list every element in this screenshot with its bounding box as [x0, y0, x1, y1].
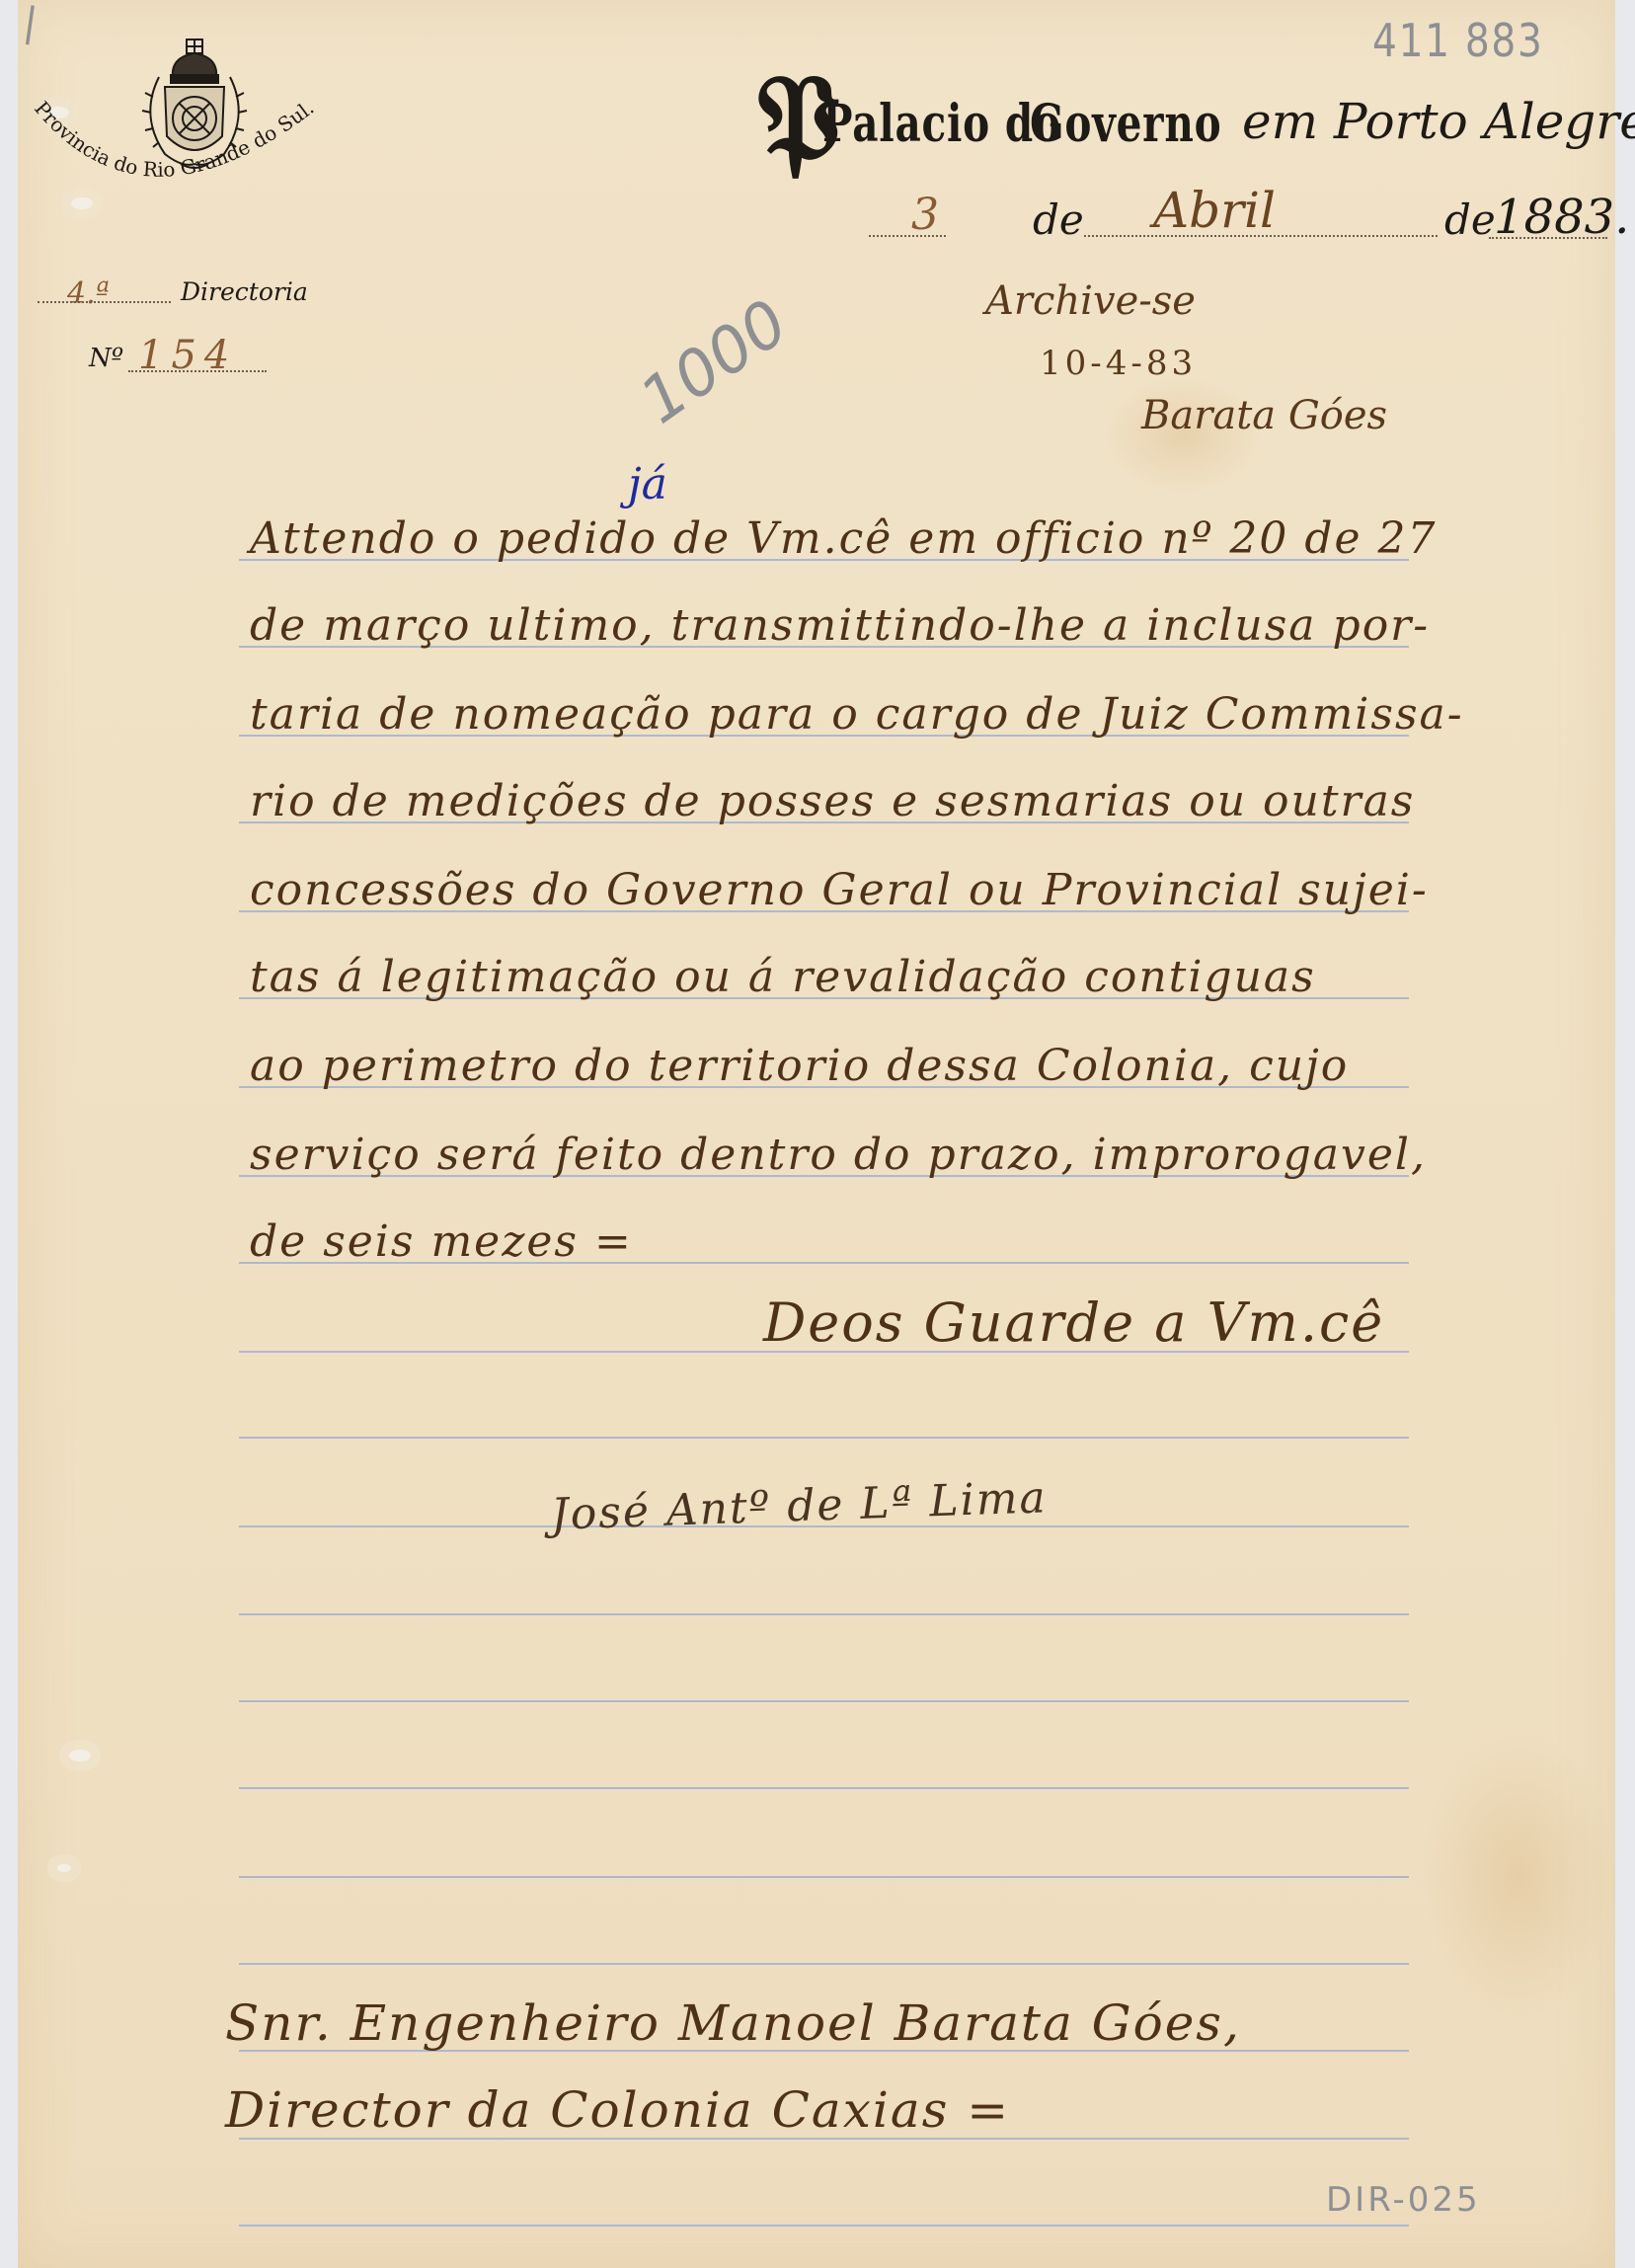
archive-signature: Barata Góes: [1141, 393, 1387, 438]
date-month: Abril: [1153, 182, 1276, 239]
heading-palacio: Palacio do: [822, 94, 1061, 154]
body-line-9: de seis mezes =: [250, 1216, 633, 1267]
body-line-4: rio de medições de posses e sesmarias ou…: [250, 776, 1415, 826]
ruled-line: [239, 1876, 1409, 1878]
archive-date: 10-4-83: [1040, 344, 1197, 383]
heading-palacio-text: Palacio do: [822, 94, 1061, 154]
body-line-5: concessões do Governo Geral ou Provincia…: [250, 865, 1429, 915]
ruled-line: [239, 1787, 1409, 1789]
addressee-line-1: Snr. Engenheiro Manoel Barata Góes,: [225, 1994, 1241, 2052]
dotted-line: [38, 301, 171, 303]
heading-porto-alegre: em Porto Alegre,: [1242, 93, 1635, 150]
province-label: Provincia do Rio Grande do Sul.: [28, 99, 344, 217]
blue-ink-note: já: [628, 459, 667, 509]
footer-archive-code: DIR-025: [1326, 2180, 1481, 2220]
body-line-6: tas á legitimação ou á revalidação conti…: [250, 952, 1316, 1002]
directoria-number: 4.ª: [67, 276, 110, 311]
pencil-note: 1000: [628, 286, 802, 438]
archive-stamp-number: 411 883: [1372, 14, 1544, 67]
ruled-line: [239, 1963, 1409, 1965]
document-page: | Provincia do Rio Grande do Sul. 4.ª: [18, 0, 1615, 2268]
date-de-1: de: [1033, 196, 1084, 244]
ruled-line: [239, 1437, 1409, 1439]
pencil-tick-mark: |: [21, 0, 40, 46]
body-line-8: serviço será feito dentro do prazo, impr…: [250, 1130, 1427, 1180]
archive-instruction: Archive-se: [985, 278, 1196, 324]
ruled-line: [239, 1700, 1409, 1702]
directoria-label: Directoria: [181, 277, 308, 306]
svg-text:Provincia do Rio Grande do Sul: Provincia do Rio Grande do Sul.: [30, 99, 318, 182]
ruled-line: [239, 1613, 1409, 1615]
dotted-line: [128, 370, 267, 372]
stain: [1420, 1728, 1617, 2024]
closing-salutation: Deos Guarde a Vm.cê: [763, 1291, 1384, 1354]
heading-governo: Governo: [1030, 94, 1221, 154]
signature: José Antº de Lª Lima: [550, 1472, 1048, 1540]
heading-governo-text: Governo: [1030, 94, 1221, 154]
ruled-line: [239, 2225, 1409, 2227]
body-line-7: ao perimetro do territorio dessa Colonia…: [250, 1041, 1349, 1091]
body-line-1: Attendo o pedido de Vm.cê em officio nº …: [250, 513, 1438, 564]
addressee-line-2: Director da Colonia Caxias =: [225, 2081, 1010, 2139]
numero-label: Nº: [89, 344, 123, 373]
date-day: 3: [911, 190, 939, 240]
date-de-2: de: [1444, 196, 1496, 244]
body-line-2: de março ultimo, transmittindo-lhe a inc…: [250, 600, 1430, 651]
dotted-line: [1489, 237, 1607, 239]
punch-hole: [69, 1750, 91, 1761]
punch-hole: [57, 1864, 71, 1872]
body-line-3: taria de nomeação para o cargo de Juiz C…: [250, 689, 1464, 740]
